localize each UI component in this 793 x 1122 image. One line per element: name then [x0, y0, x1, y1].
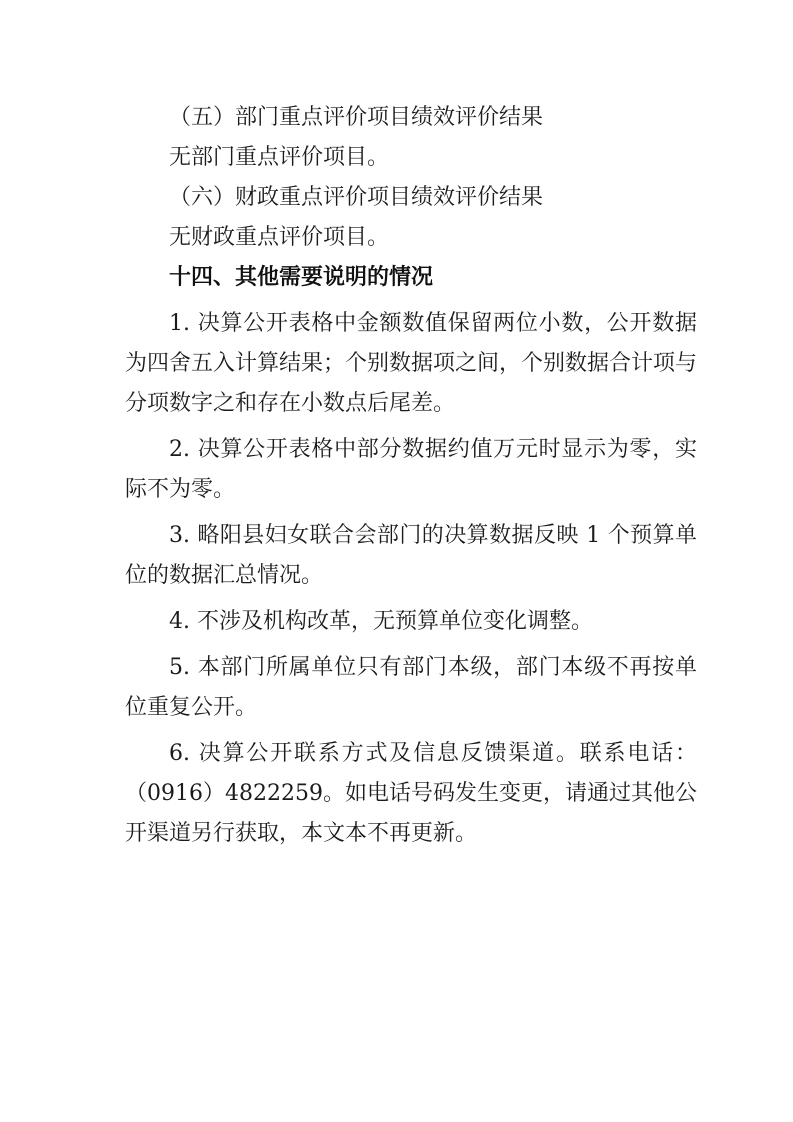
note-2: 2. 决算公开表格中部分数据约值万元时显示为零，实际不为零。 — [125, 430, 697, 510]
section-14-heading: 十四、其他需要说明的情况 — [125, 258, 697, 298]
note-5: 5. 本部门所属单位只有部门本级，部门本级不再按单位重复公开。 — [125, 648, 697, 728]
document-page: （五）部门重点评价项目绩效评价结果 无部门重点评价项目。 （六）财政重点评价项目… — [0, 0, 793, 1122]
section-5-body: 无部门重点评价项目。 — [125, 138, 697, 178]
note-3: 3. 略阳县妇女联合会部门的决算数据反映 1 个预算单位的数据汇总情况。 — [125, 516, 697, 596]
note-4: 4. 不涉及机构改革，无预算单位变化调整。 — [125, 602, 697, 642]
section-5-title: （五）部门重点评价项目绩效评价结果 — [125, 98, 697, 138]
note-6: 6. 决算公开联系方式及信息反馈渠道。联系电话：（0916）4822259。如电… — [125, 734, 697, 854]
section-6-title: （六）财政重点评价项目绩效评价结果 — [125, 178, 697, 218]
document-body: （五）部门重点评价项目绩效评价结果 无部门重点评价项目。 （六）财政重点评价项目… — [125, 98, 697, 854]
section-6-body: 无财政重点评价项目。 — [125, 218, 697, 258]
note-1: 1. 决算公开表格中金额数值保留两位小数，公开数据为四舍五入计算结果；个别数据项… — [125, 304, 697, 424]
